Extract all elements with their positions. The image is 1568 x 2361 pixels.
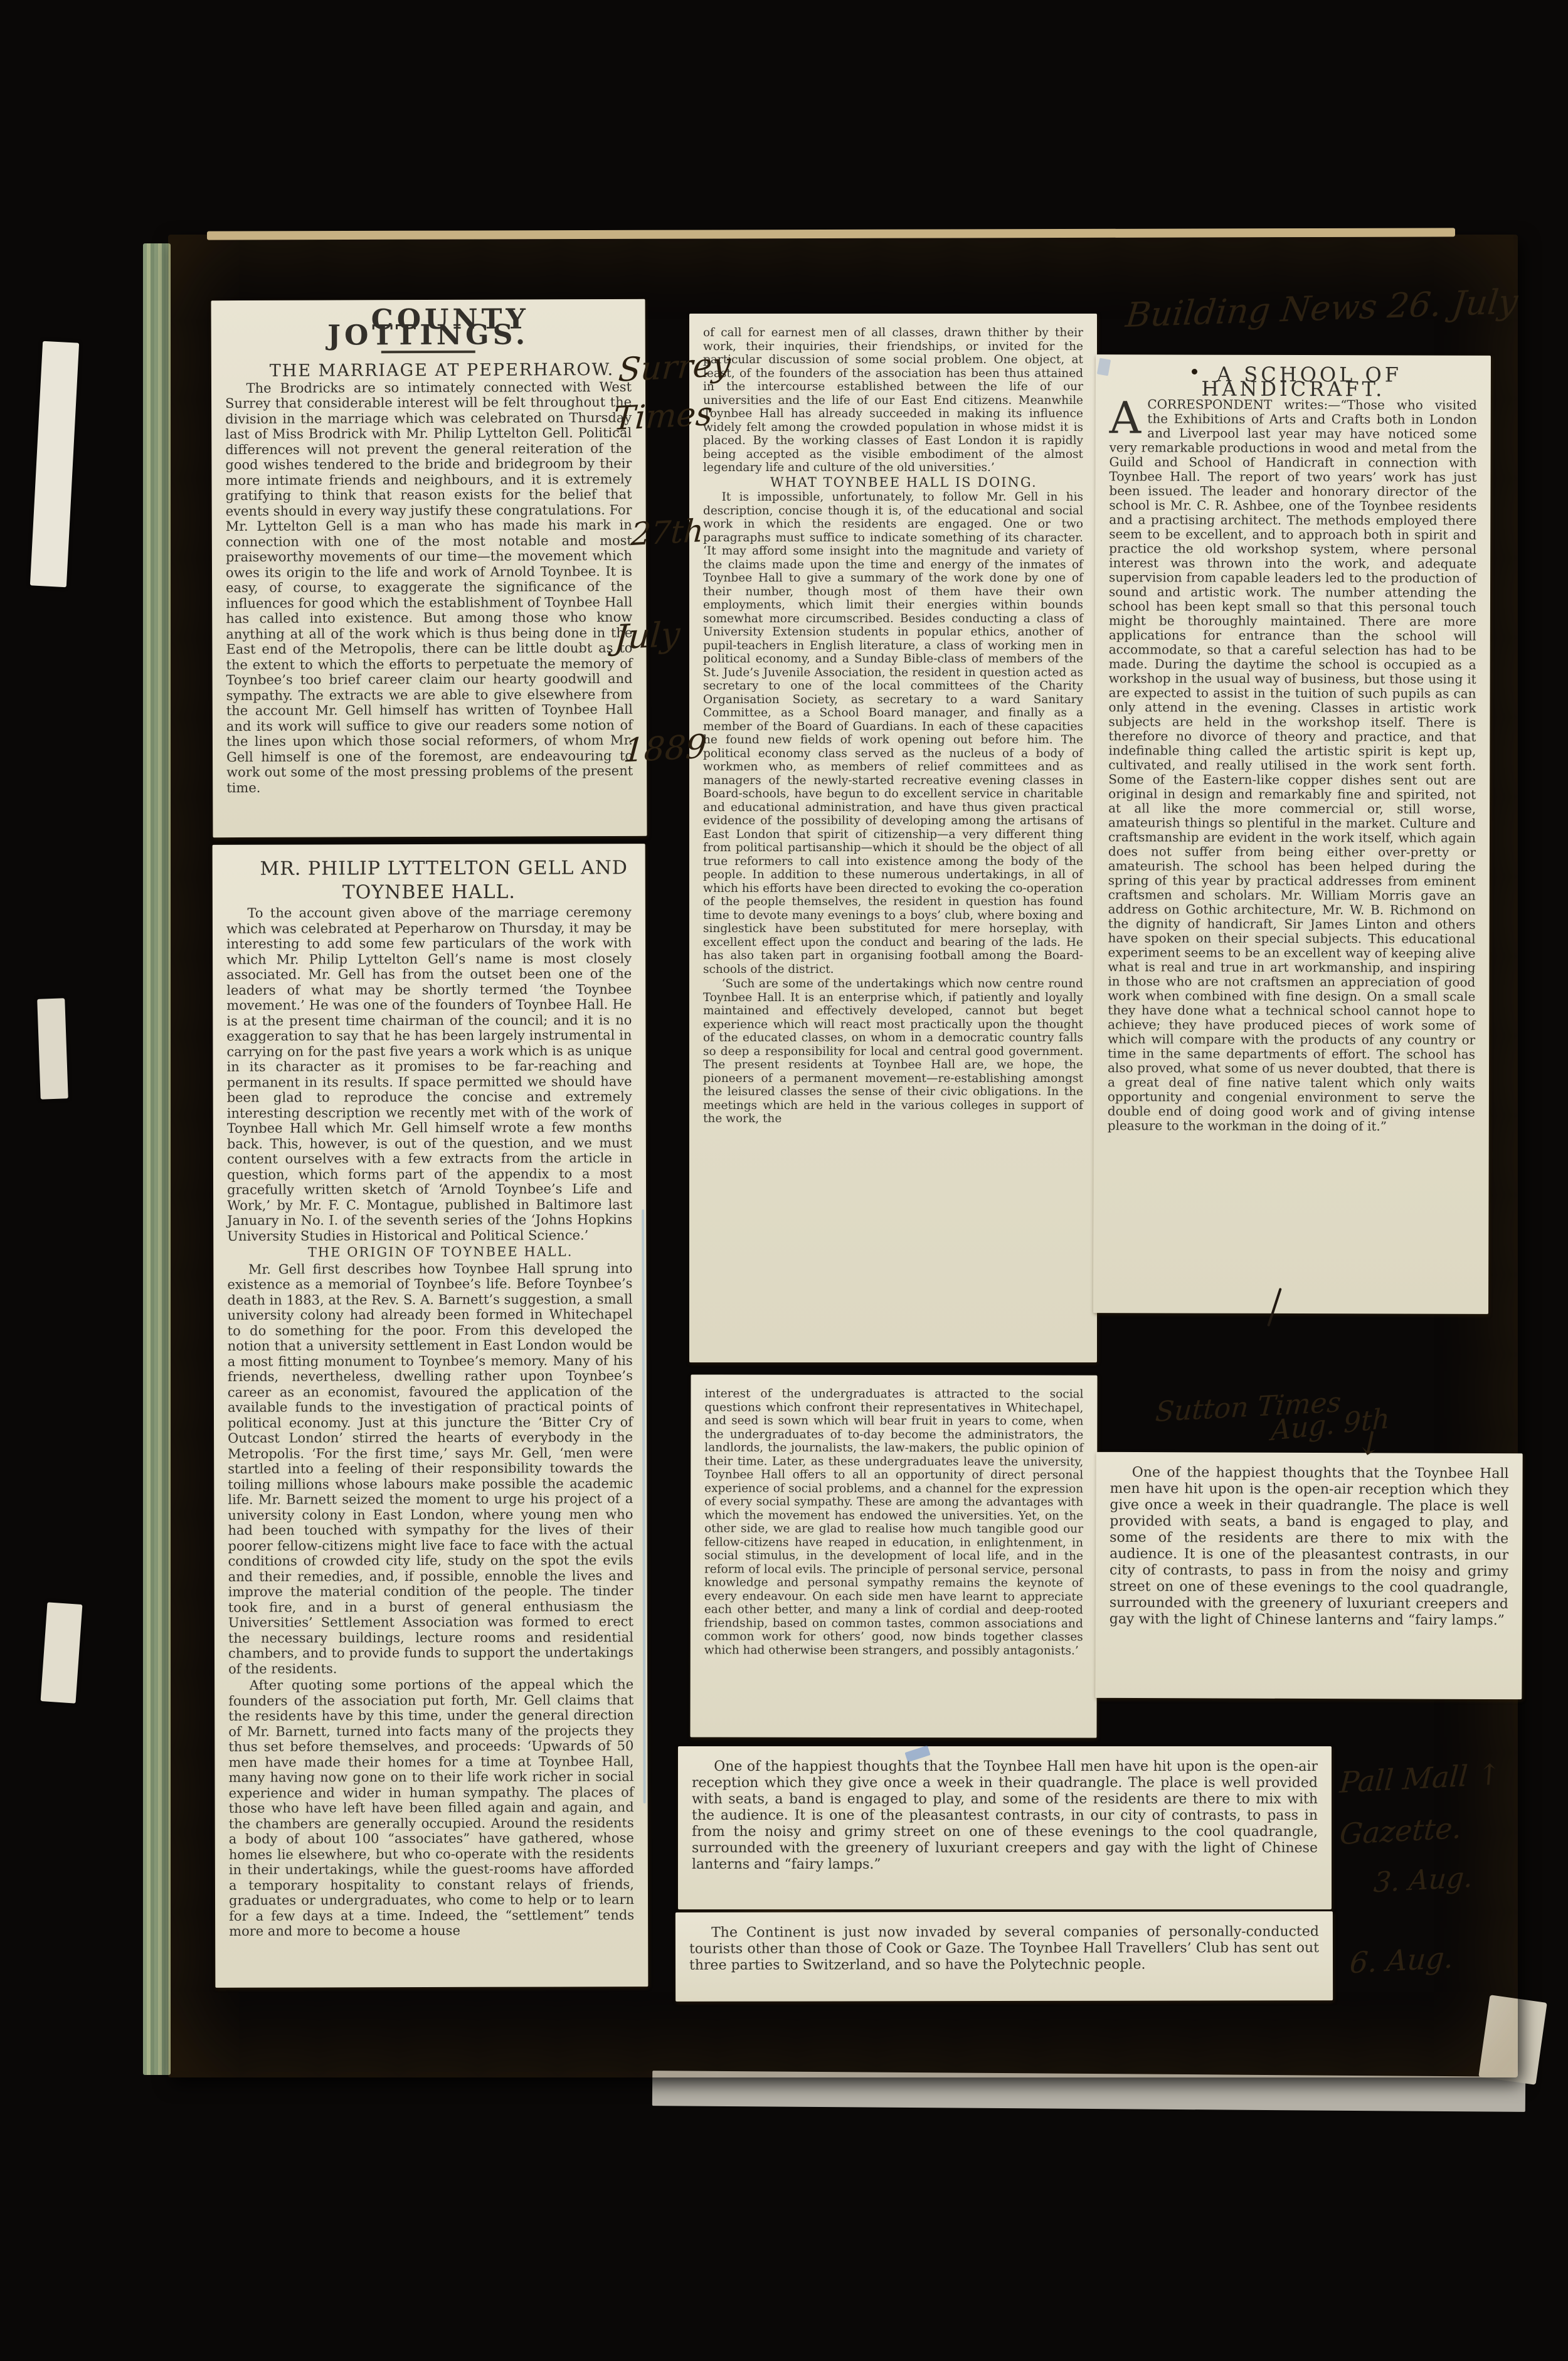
handwritten-source-surrey-times: Times: [612, 395, 714, 438]
article-paragraph: After quoting some portions of the appea…: [228, 1677, 634, 1939]
clipping-gell-article: MR. PHILIP LYTTELTON GELL AND TOYNBEE HA…: [213, 844, 649, 1988]
drop-cap: A: [1110, 397, 1148, 435]
handwritten-source-surrey-times: Surrey: [617, 346, 732, 390]
article-paragraph: One of the happiest thoughts that the To…: [1110, 1465, 1509, 1629]
article-title: COUNTY JOTTINGS.: [225, 312, 632, 344]
article-paragraph: It is impossible, unfortunately, to foll…: [703, 491, 1083, 976]
article-paragraph: One of the happiest thoughts that the To…: [692, 1759, 1318, 1873]
handwritten-date: 3. Aug.: [1372, 1862, 1474, 1899]
article-subtitle: THE MARRIAGE AT PEPERHAROW.: [225, 363, 632, 379]
article-subhead: WHAT TOYNBEE HALL IS DOING.: [703, 476, 1083, 490]
clipping-county-jottings: COUNTY JOTTINGS. THE MARRIAGE AT PEPERHA…: [211, 299, 647, 837]
clipping-school-of-handicraft: A SCHOOL OF HANDICRAFT. ACORRESPONDENT w…: [1093, 354, 1491, 1314]
torn-paper-sliver: [41, 1602, 83, 1704]
ink-dot: [1192, 369, 1197, 374]
article-paragraph: The Continent is just now invaded by sev…: [689, 1924, 1319, 1974]
article-subhead: THE ORIGIN OF TOYNBEE HALL.: [227, 1244, 632, 1260]
article-paragraph: of call for earnest men of all classes, …: [703, 326, 1083, 475]
handwritten-date: 27th: [630, 512, 705, 553]
scrapbook-photo: COUNTY JOTTINGS. THE MARRIAGE AT PEPERHA…: [0, 0, 1568, 2361]
article-paragraph: Mr. Gell first describes how Toynbee Hal…: [227, 1261, 633, 1677]
article-paragraph: ‘Such are some of the undertakings which…: [703, 977, 1083, 1126]
article-paragraph: To the account given above of the marria…: [226, 905, 632, 1244]
article-title: A SCHOOL OF HANDICRAFT.: [1110, 367, 1477, 397]
handwritten-date: 6. Aug.: [1348, 1941, 1454, 1980]
handwritten-date: July: [613, 614, 681, 657]
article-title: MR. PHILIP LYTTELTON GELL AND TOYNBEE HA…: [226, 856, 632, 905]
article-paragraph: ACORRESPONDENT writes:—“Those who visite…: [1108, 397, 1477, 1134]
clipping-continuation: of call for earnest men of all classes, …: [689, 314, 1097, 1362]
handwritten-source-pall-mall-gazette: Gazette.: [1338, 1811, 1463, 1851]
torn-paper-sliver: [37, 998, 68, 1099]
clipping-open-air-reception: One of the happiest thoughts that the To…: [1095, 1452, 1522, 1699]
article-paragraph: The Brodricks are so intimately connecte…: [225, 379, 633, 795]
clipping-travellers-club: The Continent is just now invaded by sev…: [675, 1911, 1333, 2002]
clipping-continuation-2: interest of the undergraduates is attrac…: [690, 1374, 1097, 1738]
clipping-open-air-reception-pmg: One of the happiest thoughts that the To…: [678, 1746, 1332, 1909]
article-paragraph: interest of the undergraduates is attrac…: [704, 1387, 1084, 1657]
handwritten-date: 1889: [622, 728, 707, 770]
book-binding-edge: [143, 243, 171, 2075]
torn-paper-sliver: [30, 341, 79, 588]
